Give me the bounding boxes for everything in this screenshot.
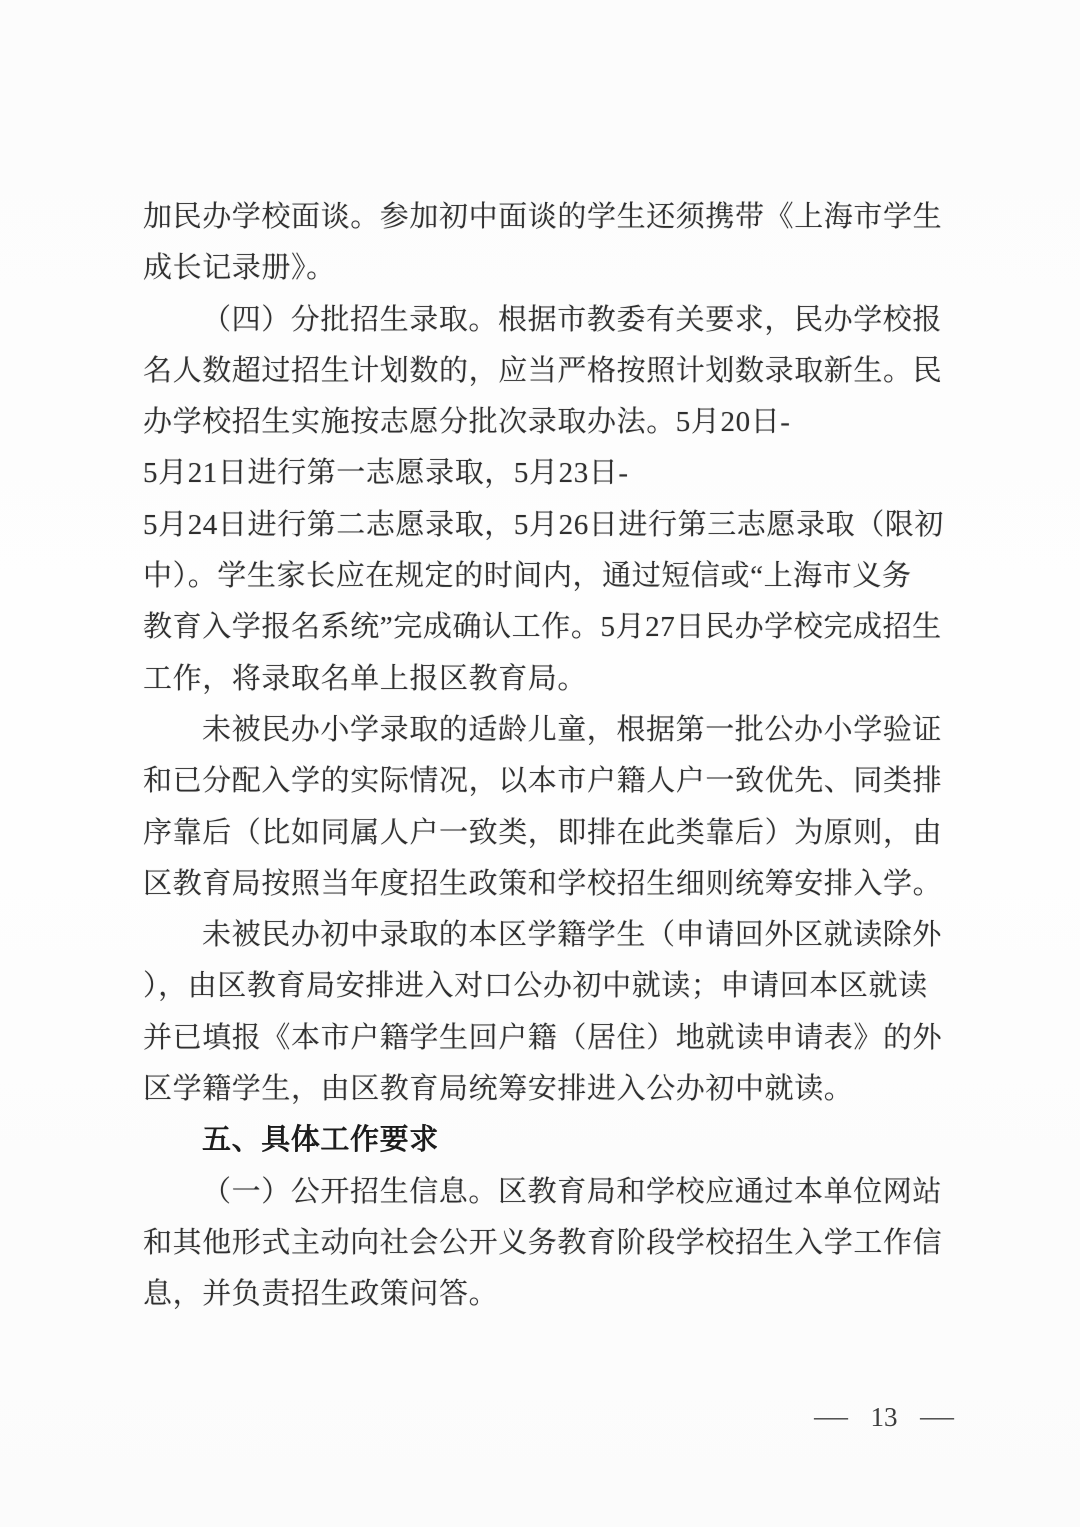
footer-dash-right: — <box>920 1402 954 1432</box>
body-line: 名人数超过招生计划数的，应当严格按照计划数录取新生。民 <box>143 346 943 397</box>
footer-dash-left: — <box>814 1402 848 1432</box>
body-line: 和其他形式主动向社会公开义务教育阶段学校招生入学工作信 <box>143 1218 943 1269</box>
body-line: 5月21日进行第一志愿录取，5月23日- <box>143 448 943 499</box>
body-line: 区教育局按照当年度招生政策和学校招生细则统筹安排入学。 <box>143 859 943 910</box>
body-line: （一）公开招生信息。区教育局和学校应通过本单位网站 <box>143 1167 943 1218</box>
document-body: 加民办学校面谈。参加初中面谈的学生还须携带《上海市学生 成长记录册》。 （四）分… <box>143 192 943 1321</box>
body-line: 5月24日进行第二志愿录取，5月26日进行第三志愿录取（限初 <box>143 500 943 551</box>
body-line: 办学校招生实施按志愿分批次录取办法。5月20日- <box>143 397 943 448</box>
body-line: 加民办学校面谈。参加初中面谈的学生还须携带《上海市学生 <box>143 192 943 243</box>
body-line: 和已分配入学的实际情况，以本市户籍人户一致优先、同类排 <box>143 756 943 807</box>
page-number: 13 <box>871 1402 898 1433</box>
body-line: 中）。学生家长应在规定的时间内，通过短信或“上海市义务 <box>143 551 943 602</box>
body-line: 区学籍学生，由区教育局统筹安排进入公办初中就读。 <box>143 1064 943 1115</box>
document-page: 加民办学校面谈。参加初中面谈的学生还须携带《上海市学生 成长记录册》。 （四）分… <box>0 0 1080 1527</box>
body-line: 成长记录册》。 <box>143 243 943 294</box>
body-line: 并已填报《本市户籍学生回户籍（居住）地就读申请表》的外 <box>143 1013 943 1064</box>
section-heading: 五、具体工作要求 <box>143 1115 943 1166</box>
body-line: 教育入学报名系统”完成确认工作。5月27日民办学校完成招生 <box>143 602 943 653</box>
page-footer: — 13 — <box>818 1401 950 1433</box>
body-line: 未被民办初中录取的本区学籍学生（申请回外区就读除外 <box>143 910 943 961</box>
body-line: （四）分批招生录取。根据市教委有关要求，民办学校报 <box>143 295 943 346</box>
body-line: 工作，将录取名单上报区教育局。 <box>143 654 943 705</box>
body-line: ），由区教育局安排进入对口公办初中就读；申请回本区就读 <box>143 961 943 1012</box>
body-line: 息，并负责招生政策问答。 <box>143 1269 943 1320</box>
body-line: 未被民办小学录取的适龄儿童，根据第一批公办小学验证 <box>143 705 943 756</box>
body-line: 序靠后（比如同属人户一致类，即排在此类靠后）为原则，由 <box>143 808 943 859</box>
